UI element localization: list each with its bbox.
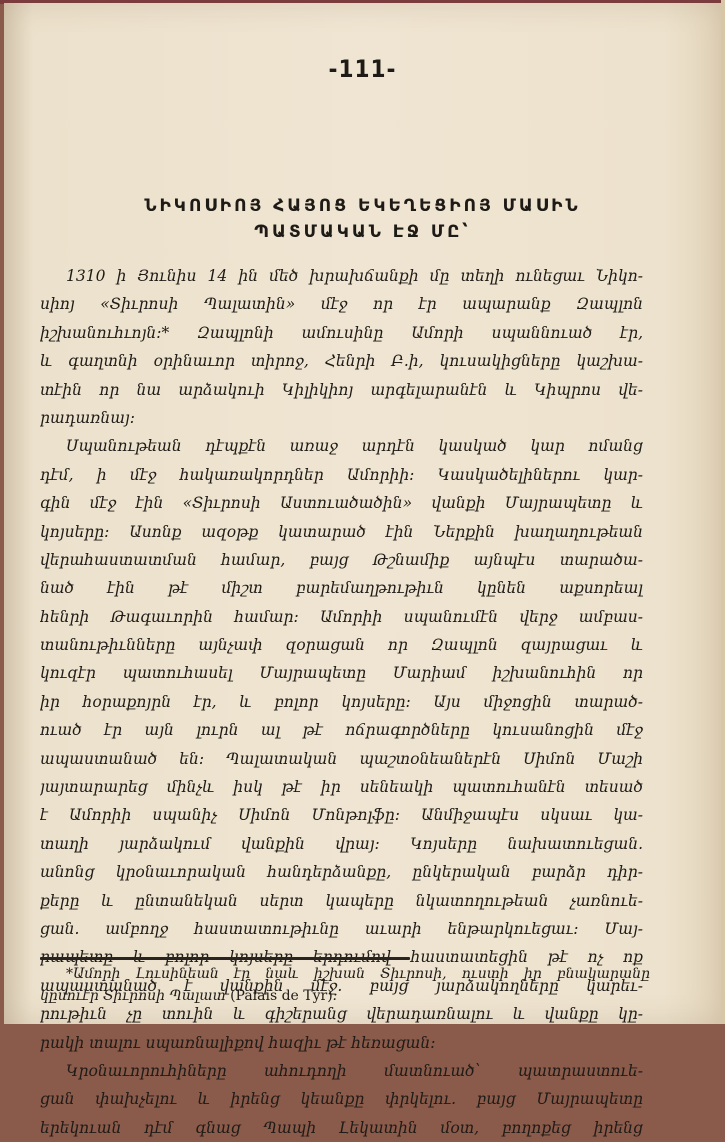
footnote-line: կըսուէր Տիւրոսի Պալատ (Palais de Tyr): [40,985,650,1007]
text-line: սիոյ «Տիւրոսի Պալատին» մէջ որ էր ապարանք… [40,290,643,318]
body-text: 1310 ի Յունիս 14 ին մեծ խրախճանքի մը տեղ… [40,262,643,1024]
text-line: Սպանութեան դէպքէն առաջ արդէն կասկած կար … [40,432,643,460]
text-line: ուած էր այն լուրն ալ թէ ոճրագործները կու… [40,716,643,744]
footnote: *Ամորի Լուսինեան էր նաև իշխան Տիւրոսի, ո… [40,963,650,1007]
text-line: ցան. ամբողջ հաստատութիւնը աւարի ենթարկու… [40,915,643,943]
text-line: տաղի յարձակում վանքին վրայ: Կոյսերը նախա… [40,830,643,858]
text-line: յայտարարեց մինչև իսկ թէ իր սենեակի պատու… [40,773,643,801]
text-line: տանութիւնները այնչափ զօրացան որ Զապլոն զ… [40,631,643,659]
chapter-title-line-2: ՊԱՏՄԱԿԱՆ ԷՋ ՄԸ՝ [0,222,725,242]
text-line: տէին որ նա արձակուի Կիլիկիոյ արգելարանէն… [40,376,643,404]
text-line: է Ամորիի սպանիչ Սիմոն Մոնթոլֆը: Անմիջապէ… [40,801,643,829]
text-line: կոյսերը: Ասոնք ազօթք կատարած էին Ներքին … [40,518,643,546]
text-line: նած էին թէ միշտ բարեմաղթութիւն կընեն աքս… [40,574,643,602]
text-line: գին մէջ էին «Տիւրոսի Աստուածածին» վանքի … [40,489,643,517]
text-line: րադառնայ: [40,404,643,432]
text-line: քերը և ընտանեկան սերտ կապերը նկատողութեա… [40,887,643,915]
footnote-divider [40,957,410,960]
text-line: դէմ, ի մէջ հակառակորդներ Ամորիի: Կասկածե… [40,461,643,489]
text-line: ապաստանած են: Պալատական պաշտօնեաներէն Սի… [40,745,643,773]
text-line: հենրի Թագաւորին համար: Ամորիի սպանումէն … [40,603,643,631]
text-line: և գաղտնի օրինաւոր տիրոջ, Հենրի Բ.ի, կուս… [40,347,643,375]
text-line: իշխանուհւոյն:* Զապլոնի ամուսինը Ամորի սպ… [40,319,643,347]
footnote-latin-text: (Palais de Tyr) [230,988,333,1004]
text-line: կուզէր պատուհասել Մայրապետը Մարիամ իշխան… [40,659,643,687]
page-edge [721,0,725,1024]
footnote-line: *Ամորի Լուսինեան էր նաև իշխան Տիւրոսի, ո… [40,963,650,985]
text-line: իր հօրաքոյրն էր, և բոլոր կոյսերը: Այս մի… [40,688,643,716]
text-line: վերահաստատման համար, բայց Թշնամիք այնպէս… [40,546,643,574]
text-line: 1310 ի Յունիս 14 ին մեծ խրախճանքի մը տեղ… [40,262,643,290]
footnote-end-mark: : [333,988,338,1004]
page-number: -111- [0,55,725,83]
chapter-title-line-1: ՆԻԿՈՍԻՈՅ ՀԱՅՈՑ ԵԿԵՂԵՑԻՈՅ ՄԱՍԻՆ [0,196,725,216]
text-line: անոնց կրօնաւորական հանդերձանքը, ընկերակա… [40,858,643,886]
footnote-text: կըսուէր Տիւրոսի Պալատ [40,988,226,1004]
